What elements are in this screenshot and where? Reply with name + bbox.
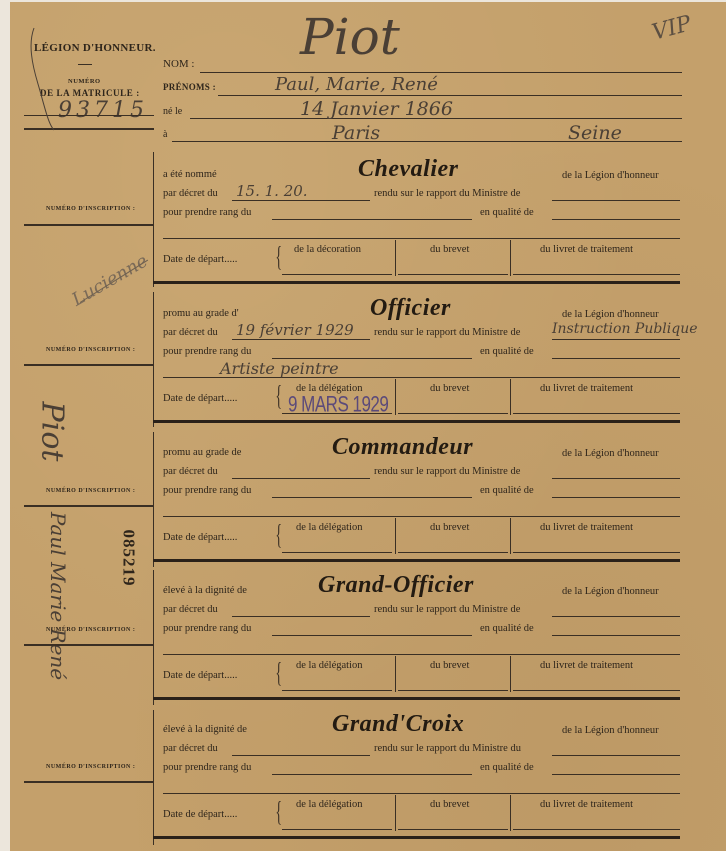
date-depart-label: Date de départ..... bbox=[163, 809, 237, 820]
col-brevet-line bbox=[398, 274, 508, 275]
ministre-line bbox=[552, 200, 680, 201]
col-first-line bbox=[282, 274, 392, 275]
col-divider-2 bbox=[510, 795, 511, 831]
section-bracket-4 bbox=[153, 570, 154, 705]
section-bracket-1 bbox=[153, 152, 154, 287]
section-intro: a été nommé bbox=[163, 169, 217, 180]
section-bottom-rule bbox=[153, 281, 680, 284]
par-decret-label: par décret du bbox=[163, 188, 218, 199]
inscription-label-5: NUMÉRO D'INSCRIPTION : bbox=[46, 764, 135, 770]
ministre-line bbox=[552, 755, 680, 756]
section-bracket-2 bbox=[153, 292, 154, 427]
qualite-line bbox=[552, 358, 680, 359]
col-first-label: de la décoration bbox=[294, 244, 361, 255]
inscription-line-3 bbox=[24, 505, 154, 507]
col-first-line bbox=[282, 829, 392, 830]
ministre-value: Instruction Publique bbox=[552, 321, 698, 337]
en-qualite-label: en qualité de bbox=[480, 207, 534, 218]
par-decret-label: par décret du bbox=[163, 604, 218, 615]
col-divider-1 bbox=[395, 379, 396, 415]
decret-line bbox=[232, 478, 370, 479]
col-divider-1 bbox=[395, 656, 396, 692]
section-bottom-rule bbox=[153, 836, 680, 839]
decret-line bbox=[232, 616, 370, 617]
prendre-rang-label: pour prendre rang du bbox=[163, 762, 251, 773]
col-brevet-label: du brevet bbox=[430, 799, 469, 810]
section-bracket-3 bbox=[153, 432, 154, 567]
inscription-line-4 bbox=[24, 644, 154, 646]
a-label: à bbox=[163, 129, 167, 140]
qualite-line bbox=[552, 497, 680, 498]
section-intro: promu au grade de bbox=[163, 447, 241, 458]
prenoms-line bbox=[218, 95, 682, 96]
en-qualite-label: en qualité de bbox=[480, 623, 534, 634]
section-bottom-rule bbox=[153, 420, 680, 423]
col-livret-label: du livret de traitement bbox=[540, 660, 633, 671]
col-divider-1 bbox=[395, 795, 396, 831]
decret-line bbox=[232, 200, 370, 201]
margin-firstnames: Paul Marie René bbox=[46, 512, 70, 680]
legion-label: de la Légion d'honneur bbox=[562, 586, 659, 597]
col-divider-1 bbox=[395, 240, 396, 276]
col-divider-2 bbox=[510, 240, 511, 276]
date-depart-label: Date de départ..... bbox=[163, 670, 237, 681]
nom-label: NOM : bbox=[163, 58, 194, 70]
date-depart-label: Date de départ..... bbox=[163, 254, 237, 265]
margin-name: Piot bbox=[34, 402, 69, 462]
col-livret-line bbox=[513, 552, 680, 553]
inscription-line-5 bbox=[24, 781, 154, 783]
extra-line-value: Artiste peintre bbox=[220, 359, 339, 378]
a-city-value: Paris bbox=[332, 122, 380, 144]
col-first-label: de la délégation bbox=[296, 660, 362, 671]
col-divider-2 bbox=[510, 656, 511, 692]
col-livret-line bbox=[513, 829, 680, 830]
col-brevet-line bbox=[398, 829, 508, 830]
section-bottom-rule bbox=[153, 697, 680, 700]
rang-line bbox=[272, 497, 472, 498]
prendre-rang-label: pour prendre rang du bbox=[163, 207, 251, 218]
qualite-line bbox=[552, 635, 680, 636]
grade-title: Officier bbox=[370, 295, 451, 322]
inscription-label-4: NUMÉRO D'INSCRIPTION : bbox=[46, 627, 135, 633]
extra-line bbox=[163, 238, 680, 239]
margin-number: 085219 bbox=[119, 530, 139, 587]
legion-label: de la Légion d'honneur bbox=[562, 725, 659, 736]
rang-line bbox=[272, 635, 472, 636]
grade-title: Chevalier bbox=[358, 156, 459, 183]
qualite-line bbox=[552, 774, 680, 775]
legion-label: de la Légion d'honneur bbox=[562, 309, 659, 320]
col-first-label: de la délégation bbox=[296, 799, 362, 810]
matricule-label-1: NUMÉRO bbox=[68, 78, 101, 85]
corner-mark: VIP bbox=[649, 11, 694, 45]
col-first-line bbox=[282, 552, 392, 553]
decret-line bbox=[232, 755, 370, 756]
ne-le-label: né le bbox=[163, 106, 182, 117]
en-qualite-label: en qualité de bbox=[480, 762, 534, 773]
ministre-line bbox=[552, 478, 680, 479]
grade-title: Commandeur bbox=[332, 434, 473, 461]
section-bracket-5 bbox=[153, 710, 154, 845]
par-decret-label: par décret du bbox=[163, 327, 218, 338]
col-brevet-label: du brevet bbox=[430, 522, 469, 533]
brace-icon: { bbox=[275, 797, 282, 829]
nom-line bbox=[200, 72, 682, 73]
a-dept-value: Seine bbox=[568, 122, 622, 144]
col-first-line bbox=[282, 690, 392, 691]
ministre-line bbox=[552, 339, 680, 340]
rang-line bbox=[272, 774, 472, 775]
col-brevet-label: du brevet bbox=[430, 660, 469, 671]
col-livret-label: du livret de traitement bbox=[540, 383, 633, 394]
rendu-label: rendu sur le rapport du Ministre de bbox=[374, 604, 520, 615]
rang-line bbox=[272, 219, 472, 220]
date-depart-label: Date de départ..... bbox=[163, 393, 237, 404]
col-divider-2 bbox=[510, 379, 511, 415]
date-depart-label: Date de départ..... bbox=[163, 532, 237, 543]
prenoms-label: PRÉNOMS : bbox=[163, 82, 216, 92]
rendu-label: rendu sur le rapport du Ministre de bbox=[374, 188, 520, 199]
section-intro: promu au grade d' bbox=[163, 308, 239, 319]
col-brevet-label: du brevet bbox=[430, 383, 469, 394]
col-divider-1 bbox=[395, 518, 396, 554]
col-first-label: de la délégation bbox=[296, 522, 362, 533]
col-livret-label: du livret de traitement bbox=[540, 522, 633, 533]
col-livret-line bbox=[513, 274, 680, 275]
nom-value: Piot bbox=[300, 8, 400, 66]
brace-icon: { bbox=[275, 658, 282, 690]
section-intro: élevé à la dignité de bbox=[163, 585, 247, 596]
decret-value: 19 février 1929 bbox=[236, 321, 354, 339]
grade-title: Grand'Croix bbox=[332, 711, 464, 738]
en-qualite-label: en qualité de bbox=[480, 346, 534, 357]
decret-line bbox=[232, 339, 370, 340]
decret-value: 15. 1. 20. bbox=[236, 182, 308, 200]
prendre-rang-label: pour prendre rang du bbox=[163, 623, 251, 634]
section-intro: élevé à la dignité de bbox=[163, 724, 247, 735]
grade-title: Grand-Officier bbox=[318, 572, 474, 599]
ne-le-value: 14 Janvier 1866 bbox=[300, 98, 453, 120]
par-decret-label: par décret du bbox=[163, 743, 218, 754]
brace-icon: { bbox=[275, 520, 282, 552]
col-livret-label: du livret de traitement bbox=[540, 799, 633, 810]
record-card: LÉGION D'HONNEUR. NUMÉRO DE LA MATRICULE… bbox=[10, 2, 726, 851]
rendu-label: rendu sur le rapport du Ministre de bbox=[374, 466, 520, 477]
ministre-line bbox=[552, 616, 680, 617]
bracket-flourish-icon bbox=[18, 24, 58, 134]
matricule-value: 93715 bbox=[58, 98, 148, 123]
section-bottom-rule bbox=[153, 559, 680, 562]
extra-line bbox=[163, 654, 680, 655]
prendre-rang-label: pour prendre rang du bbox=[163, 346, 251, 357]
rendu-label: rendu sur le rapport du Ministre de bbox=[374, 327, 520, 338]
col-brevet-line bbox=[398, 413, 508, 414]
inscription-label-3: NUMÉRO D'INSCRIPTION : bbox=[46, 488, 135, 494]
rendu-label: rendu sur le rapport du Ministre du bbox=[374, 743, 521, 754]
brace-icon: { bbox=[275, 381, 282, 413]
legion-label: de la Légion d'honneur bbox=[562, 448, 659, 459]
extra-line bbox=[163, 516, 680, 517]
title-divider bbox=[78, 64, 92, 65]
col-brevet-label: du brevet bbox=[430, 244, 469, 255]
col-brevet-line bbox=[398, 690, 508, 691]
col-livret-line bbox=[513, 413, 680, 414]
date-stamp: 9 MARS 1929 bbox=[288, 392, 388, 418]
inscription-label-1: NUMÉRO D'INSCRIPTION : bbox=[46, 206, 135, 212]
col-divider-2 bbox=[510, 518, 511, 554]
en-qualite-label: en qualité de bbox=[480, 485, 534, 496]
inscription-line-2 bbox=[24, 364, 154, 366]
inscription-line-1 bbox=[24, 224, 154, 226]
inscription-label-2: NUMÉRO D'INSCRIPTION : bbox=[46, 347, 135, 353]
prendre-rang-label: pour prendre rang du bbox=[163, 485, 251, 496]
legion-label: de la Légion d'honneur bbox=[562, 170, 659, 181]
prenoms-value: Paul, Marie, René bbox=[275, 74, 438, 95]
brace-icon: { bbox=[275, 242, 282, 274]
qualite-line bbox=[552, 219, 680, 220]
extra-line bbox=[163, 793, 680, 794]
par-decret-label: par décret du bbox=[163, 466, 218, 477]
col-brevet-line bbox=[398, 552, 508, 553]
col-livret-line bbox=[513, 690, 680, 691]
col-livret-label: du livret de traitement bbox=[540, 244, 633, 255]
